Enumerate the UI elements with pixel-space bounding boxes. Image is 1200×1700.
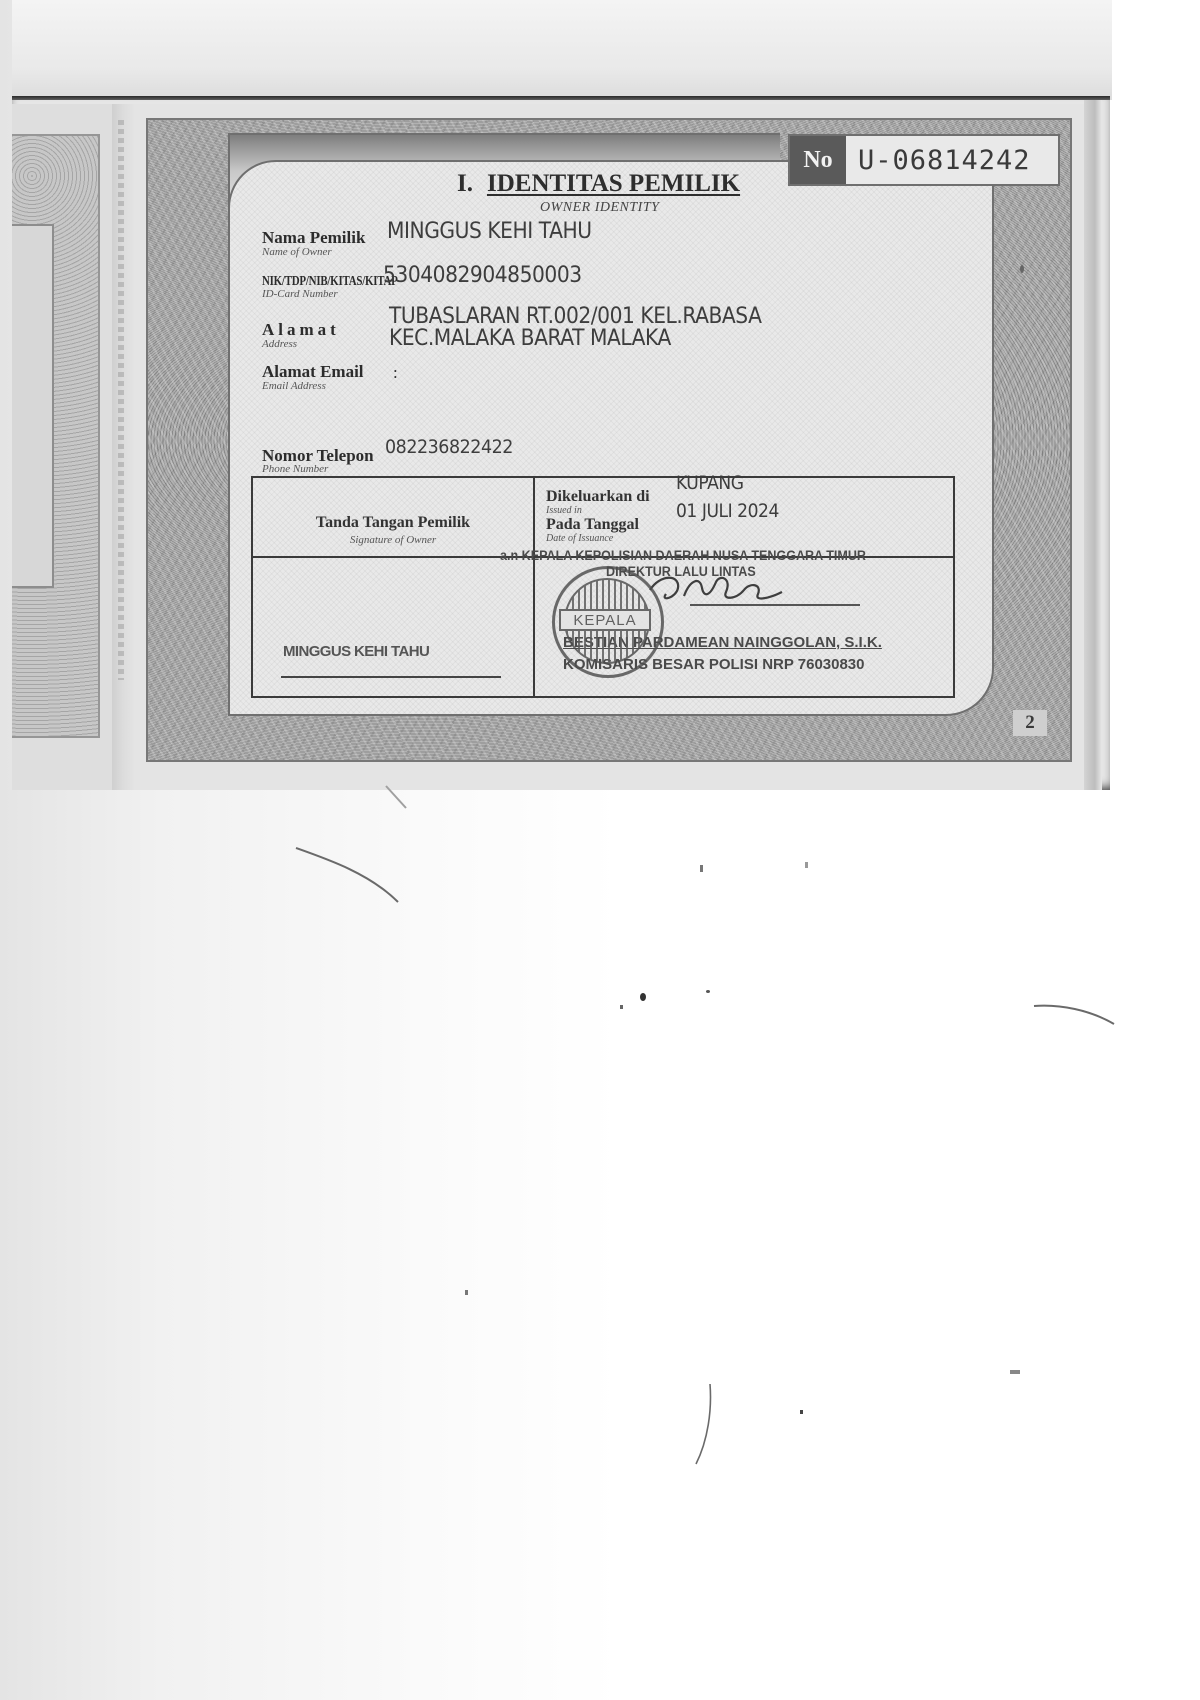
scan-dust-speck	[620, 1005, 623, 1009]
owner-name-value: MINGGUS KEHI TAHU	[387, 219, 592, 244]
official-signature	[640, 568, 840, 608]
scan-dust-speck	[640, 993, 646, 1001]
owner-printed-name: MINGGUS KEHI TAHU	[283, 643, 429, 660]
scan-hair-artifact	[290, 840, 420, 910]
page-number: 2	[1013, 710, 1047, 736]
address-line-2: KEC.MALAKA BARAT MALAKA	[389, 326, 671, 351]
phone-sublabel: Phone Number	[262, 463, 328, 475]
email-label: Alamat Email	[262, 362, 364, 382]
owner-name-label: Nama Pemilik	[262, 228, 365, 248]
address-label: Alamat	[262, 320, 340, 340]
table-vertical-divider	[533, 478, 535, 696]
id-number-value: 5304082904850003	[383, 263, 582, 288]
stamp-band-text: KEPALA	[559, 609, 651, 631]
document-content: No U-06814242 I.IDENTITAS PEMILIK OWNER …	[0, 0, 1200, 1700]
email-separator: :	[393, 363, 398, 383]
section-number: I.	[457, 170, 473, 197]
serial-number: U-06814242	[846, 136, 1058, 184]
phone-value: 082236822422	[385, 436, 513, 458]
scan-dust-speck	[1010, 1370, 1020, 1374]
scan-dust-artifact	[380, 780, 420, 820]
scan-hair-artifact-right	[1030, 1000, 1120, 1030]
owner-name-sublabel: Name of Owner	[262, 246, 332, 258]
scan-dust-speck	[700, 865, 703, 872]
serial-prefix: No	[790, 136, 846, 184]
scan-dust-speck	[805, 862, 808, 868]
scan-hair-artifact-bottom	[690, 1380, 720, 1470]
section-title-main: IDENTITAS PEMILIK	[487, 170, 740, 197]
scan-dust-speck	[465, 1290, 468, 1295]
section-title-english: OWNER IDENTITY	[540, 200, 659, 216]
officer-signature-line	[690, 604, 860, 606]
scan-dust-speck	[1020, 265, 1024, 273]
authority-line-1: a.n KEPALA KEPOLISIAN DAERAH NUSA TENGGA…	[500, 548, 866, 563]
email-sublabel: Email Address	[262, 380, 326, 392]
scan-dust-speck	[706, 990, 710, 993]
id-number-sublabel: ID-Card Number	[262, 288, 338, 300]
address-sublabel: Address	[262, 338, 297, 350]
section-title: I.IDENTITAS PEMILIK	[457, 170, 740, 198]
official-stamp: KEPALA	[552, 566, 664, 678]
owner-signature-line	[281, 676, 501, 678]
serial-number-box: No U-06814242	[788, 134, 1060, 186]
scan-dust-speck	[800, 1410, 803, 1414]
owner-signature-title: Tanda Tangan Pemilik	[253, 514, 533, 532]
owner-signature-subtitle: Signature of Owner	[253, 534, 533, 546]
